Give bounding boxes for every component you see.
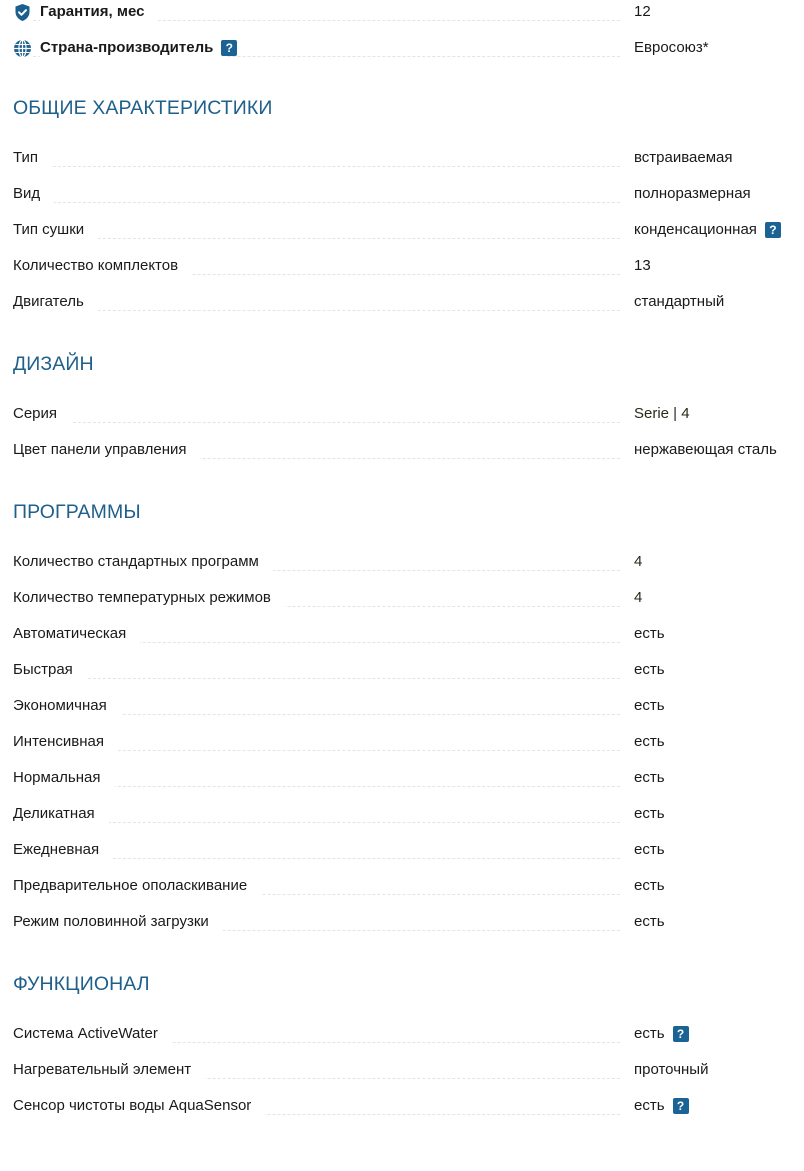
spec-value: есть <box>634 697 665 715</box>
spec-row: Двигательстандартный <box>13 284 804 320</box>
spec-value: нержавеющая сталь <box>634 441 777 459</box>
spec-label-container: Режим половинной загрузки <box>13 904 620 940</box>
spec-label: Быстрая <box>13 661 87 679</box>
spec-value-text: есть <box>634 805 665 823</box>
spec-row: Нагревательный элементпроточный <box>13 1052 804 1088</box>
spec-label: Вид <box>13 185 54 203</box>
spec-label-container: Предварительное ополаскивание <box>13 868 620 904</box>
spec-label: Количество комплектов <box>13 257 192 275</box>
spec-value: есть <box>634 661 665 679</box>
spec-label: Деликатная <box>13 805 109 823</box>
spec-label-container: Деликатная <box>13 796 620 832</box>
spec-row: Типвстраиваемая <box>13 140 804 176</box>
spec-label: Интенсивная <box>13 733 118 751</box>
spec-label-container: Тип сушки <box>13 212 620 248</box>
spec-value-text: есть <box>634 877 665 895</box>
spec-label: Ежедневная <box>13 841 113 859</box>
spec-label: Тип <box>13 149 52 167</box>
spec-value-text: Евросоюз* <box>634 39 709 57</box>
spec-label-container: Вид <box>13 176 620 212</box>
spec-row: Количество стандартных программ4 <box>13 544 804 580</box>
spec-value: есть <box>634 769 665 787</box>
spec-value: есть? <box>634 1097 689 1115</box>
spec-value-text: есть <box>634 913 665 931</box>
spec-row-warranty: Гарантия, мес 12 <box>13 0 804 30</box>
dotted-leader <box>13 310 620 311</box>
help-icon[interactable]: ? <box>673 1098 689 1114</box>
spec-value: Евросоюз* <box>634 39 709 57</box>
spec-row-country: Страна-производитель ? Евросоюз* <box>13 30 804 66</box>
spec-label: Цвет панели управления <box>13 441 200 459</box>
section-title: ПРОГРАММЫ <box>13 494 804 530</box>
help-icon[interactable]: ? <box>765 222 781 238</box>
spec-label: Предварительное ополаскивание <box>13 877 261 895</box>
spec-value-text: стандартный <box>634 293 724 311</box>
spec-value-text: есть <box>634 769 665 787</box>
spec-label: Автоматическая <box>13 625 140 643</box>
spec-value: 4 <box>634 553 642 571</box>
spec-label-container: Нагревательный элемент <box>13 1052 620 1088</box>
spec-value: 4 <box>634 589 642 607</box>
spec-value: есть <box>634 841 665 859</box>
section-title: ДИЗАЙН <box>13 346 804 382</box>
spec-row: Тип сушкиконденсационная? <box>13 212 804 248</box>
spec-value-text: 13 <box>634 257 651 275</box>
spec-label-container: Серия <box>13 396 620 432</box>
spec-label: Тип сушки <box>13 221 98 239</box>
spec-label: Количество стандартных программ <box>13 553 273 571</box>
spec-row: Интенсивнаяесть <box>13 724 804 760</box>
spec-value-text: проточный <box>634 1061 708 1079</box>
spec-row: Автоматическаяесть <box>13 616 804 652</box>
spec-value: есть <box>634 877 665 895</box>
spec-value-text: встраиваемая <box>634 149 733 167</box>
spec-label-container: Количество комплектов <box>13 248 620 284</box>
spec-label: Количество температурных режимов <box>13 589 285 607</box>
spec-row: Режим половинной загрузкиесть <box>13 904 804 940</box>
spec-value: конденсационная? <box>634 221 781 239</box>
spec-section: ПРОГРАММЫКоличество стандартных программ… <box>13 494 804 940</box>
dotted-leader <box>13 202 620 203</box>
spec-section: ДИЗАЙНСерияSerie | 4Цвет панели управлен… <box>13 346 804 468</box>
spec-label: Нагревательный элемент <box>13 1061 205 1079</box>
dotted-leader <box>13 422 620 423</box>
spec-value-link[interactable]: Serie | 4 <box>634 405 690 423</box>
section-title: ОБЩИЕ ХАРАКТЕРИСТИКИ <box>13 90 804 126</box>
spec-label: Страна-производитель <box>40 39 227 57</box>
spec-value-text: есть <box>634 1025 665 1043</box>
spec-row: Экономичнаяесть <box>13 688 804 724</box>
spec-value: Serie | 4 <box>634 405 690 423</box>
spec-value-text: конденсационная <box>634 221 757 239</box>
spec-row: СерияSerie | 4 <box>13 396 804 432</box>
spec-label: Двигатель <box>13 293 98 311</box>
spec-label: Режим половинной загрузки <box>13 913 223 931</box>
spec-value: встраиваемая <box>634 149 733 167</box>
spec-label-container: Тип <box>13 140 620 176</box>
spec-value: есть <box>634 733 665 751</box>
spec-label: Серия <box>13 405 71 423</box>
spec-label: Экономичная <box>13 697 121 715</box>
spec-value-text: нержавеющая сталь <box>634 441 777 459</box>
key-specs: Гарантия, мес 12 С <box>13 0 804 66</box>
spec-value: полноразмерная <box>634 185 751 203</box>
spec-label-container: Нормальная <box>13 760 620 796</box>
spec-value-text: есть <box>634 733 665 751</box>
spec-sections: ОБЩИЕ ХАРАКТЕРИСТИКИТипвстраиваемаяВидпо… <box>13 90 804 1124</box>
spec-value-text: 12 <box>634 3 651 21</box>
spec-label-container: Сенсор чистоты воды AquaSensor <box>13 1088 620 1124</box>
section-title: ФУНКЦИОНАЛ <box>13 966 804 1002</box>
spec-label: Нормальная <box>13 769 115 787</box>
spec-section: ОБЩИЕ ХАРАКТЕРИСТИКИТипвстраиваемаяВидпо… <box>13 90 804 320</box>
spec-row: Деликатнаяесть <box>13 796 804 832</box>
spec-label-container: Автоматическая <box>13 616 620 652</box>
spec-row: Количество комплектов13 <box>13 248 804 284</box>
dotted-leader <box>13 678 620 679</box>
spec-row: Цвет панели управлениянержавеющая сталь <box>13 432 804 468</box>
spec-label-container: Интенсивная <box>13 724 620 760</box>
spec-value-text: есть <box>634 661 665 679</box>
spec-value: стандартный <box>634 293 724 311</box>
spec-row: Предварительное ополаскиваниеесть <box>13 868 804 904</box>
spec-label: Гарантия, мес <box>40 3 158 21</box>
spec-row: Ежедневнаяесть <box>13 832 804 868</box>
spec-label-container: Система ActiveWater <box>13 1016 620 1052</box>
spec-value-text: есть <box>634 1097 665 1115</box>
spec-label-container: Страна-производитель ? <box>13 30 620 66</box>
spec-label-container: Ежедневная <box>13 832 620 868</box>
spec-label-container: Двигатель <box>13 284 620 320</box>
spec-label-container: Количество стандартных программ <box>13 544 620 580</box>
specifications-panel: Гарантия, мес 12 С <box>13 0 804 1124</box>
spec-label: Система ActiveWater <box>13 1025 172 1043</box>
spec-value: есть <box>634 625 665 643</box>
spec-value: есть? <box>634 1025 689 1043</box>
dotted-leader <box>13 166 620 167</box>
spec-label-container: Цвет панели управления <box>13 432 620 468</box>
spec-row: Система ActiveWaterесть? <box>13 1016 804 1052</box>
globe-icon <box>13 39 32 58</box>
spec-value-text: есть <box>634 841 665 859</box>
spec-label-container: Количество температурных режимов <box>13 580 620 616</box>
spec-value-link[interactable]: 4 <box>634 589 642 607</box>
spec-value-text: есть <box>634 697 665 715</box>
spec-row: Сенсор чистоты воды AquaSensorесть? <box>13 1088 804 1124</box>
help-icon[interactable]: ? <box>221 40 237 56</box>
spec-label: Сенсор чистоты воды AquaSensor <box>13 1097 265 1115</box>
spec-row: Количество температурных режимов4 <box>13 580 804 616</box>
help-icon[interactable]: ? <box>673 1026 689 1042</box>
dotted-leader <box>13 238 620 239</box>
spec-row: Нормальнаяесть <box>13 760 804 796</box>
help-wrap: ? <box>221 40 251 56</box>
spec-value: есть <box>634 913 665 931</box>
spec-value: проточный <box>634 1061 708 1079</box>
spec-section: ФУНКЦИОНАЛСистема ActiveWaterесть?Нагрев… <box>13 966 804 1124</box>
spec-row: Быстраяесть <box>13 652 804 688</box>
spec-label-container: Гарантия, мес <box>13 0 620 30</box>
spec-value: 12 <box>634 3 651 21</box>
spec-value: есть <box>634 805 665 823</box>
spec-value: 13 <box>634 257 651 275</box>
spec-row: Видполноразмерная <box>13 176 804 212</box>
shield-check-icon <box>13 3 32 22</box>
spec-value-text: есть <box>634 625 665 643</box>
spec-value-link[interactable]: 4 <box>634 553 642 571</box>
spec-value-text: полноразмерная <box>634 185 751 203</box>
spec-label-container: Экономичная <box>13 688 620 724</box>
spec-label-container: Быстрая <box>13 652 620 688</box>
